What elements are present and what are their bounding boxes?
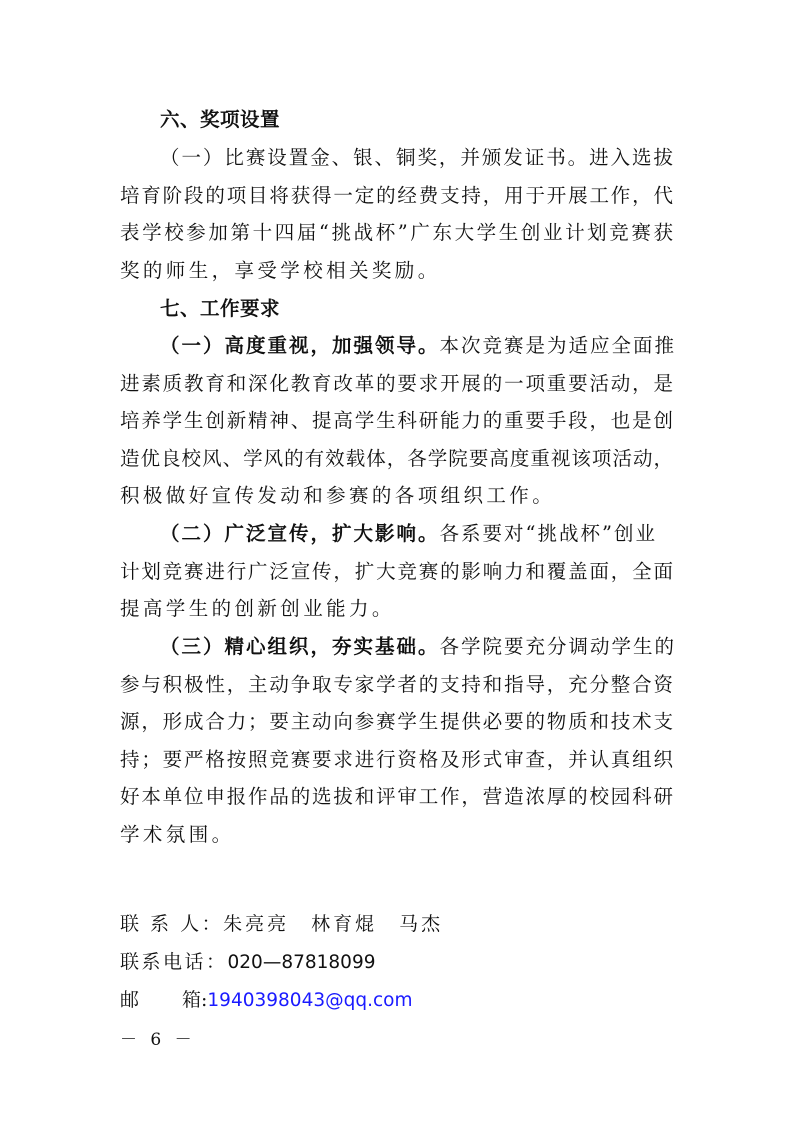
item-3-line-4: 持；要严格按照竞赛要求进行资格及形式审查，并认真组织 xyxy=(120,741,673,779)
contact-phone-row: 联系电话：020—87818099 xyxy=(120,943,376,981)
item-3-line-2: 参与积极性，主动争取专家学者的支持和指导，充分整合资 xyxy=(120,666,673,704)
item-1-line-5: 积极做好宣传发动和参赛的各项组织工作。 xyxy=(120,477,673,515)
item-3-line-3: 源，形成合力；要主动向参赛学生提供必要的物质和技术支 xyxy=(120,703,673,741)
item-2-lead: 各系要对“挑战杯”创业 xyxy=(440,522,657,545)
contact-persons-row: 联 系 人：朱亮亮 林育焜 马杰 xyxy=(120,905,443,943)
contact-phone-label: 联系电话： xyxy=(120,951,228,973)
item-2-first-line: （二）广泛宣传，扩大影响。各系要对“挑战杯”创业 xyxy=(160,515,673,553)
contact-persons: 朱亮亮 林育焜 马杰 xyxy=(223,913,443,935)
section-6-heading: 六、奖项设置 xyxy=(160,101,673,139)
item-1-line-4: 造优良校风、学风的有效载体，各学院要高度重视该项活动， xyxy=(120,440,673,478)
contact-person-label: 联 系 人： xyxy=(120,913,223,935)
item-1-line-3: 培养学生创新精神、提高学生科研能力的重要手段，也是创 xyxy=(120,402,673,440)
contact-email-row: 邮箱:1940398043@qq.com xyxy=(120,981,413,1019)
item-3-lead: 各学院要充分调动学生的 xyxy=(440,635,677,658)
section-6-line-2: 培育阶段的项目将获得一定的经费支持，用于开展工作，代 xyxy=(120,177,673,215)
item-3-first-line: （三）精心组织，夯实基础。各学院要充分调动学生的 xyxy=(160,628,673,666)
contact-email-link[interactable]: 1940398043@qq.com xyxy=(207,990,412,1011)
item-3-line-5: 好本单位申报作品的选拔和评审工作，营造浓厚的校园科研 xyxy=(120,778,673,816)
item-1-line-2: 进素质教育和深化教育改革的要求开展的一项重要活动，是 xyxy=(120,365,673,403)
item-1-title: （一）高度重视，加强领导。 xyxy=(160,334,440,357)
item-3-line-6: 学术氛围。 xyxy=(120,816,673,854)
contact-email-label-2: 箱: xyxy=(182,989,207,1011)
contact-phone: 020—87818099 xyxy=(228,952,376,973)
section-6-line-1: （一）比赛设置金、银、铜奖，并颁发证书。进入选拔 xyxy=(160,139,673,177)
item-1-lead: 本次竞赛是为适应全面推 xyxy=(440,334,677,357)
section-6-line-3: 表学校参加第十四届“挑战杯”广东大学生创业计划竞赛获 xyxy=(120,214,673,252)
item-2-title: （二）广泛宣传，扩大影响。 xyxy=(160,522,440,545)
item-2-line-2: 计划竞赛进行广泛宣传，扩大竞赛的影响力和覆盖面，全面 xyxy=(120,553,673,591)
item-1-first-line: （一）高度重视，加强领导。本次竞赛是为适应全面推 xyxy=(160,327,673,365)
page-number: － 6 － xyxy=(120,1025,196,1050)
contact-email-label-1: 邮 xyxy=(120,981,182,1019)
item-2-line-3: 提高学生的创新创业能力。 xyxy=(120,590,673,628)
section-6-line-4: 奖的师生，享受学校相关奖励。 xyxy=(120,252,673,290)
item-3-title: （三）精心组织，夯实基础。 xyxy=(160,635,440,658)
section-7-heading: 七、工作要求 xyxy=(160,290,673,328)
